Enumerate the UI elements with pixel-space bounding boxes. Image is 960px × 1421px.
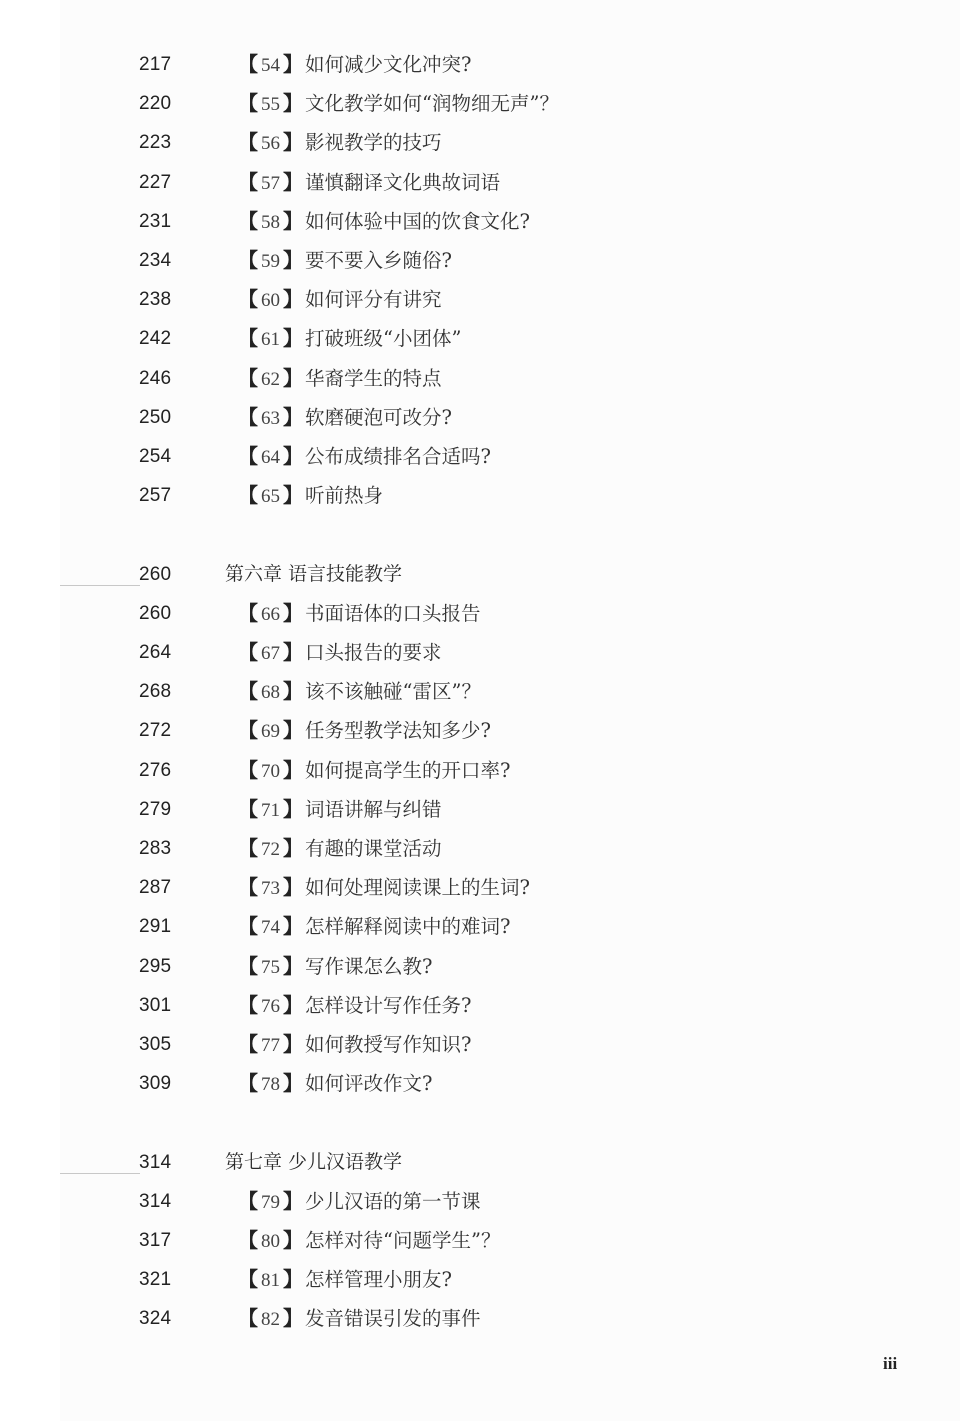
toc-entry[interactable]: 227【57】谨慎翻译文化典故词语 bbox=[0, 163, 960, 202]
entry-text: 【60】如何评分有讲究 bbox=[238, 280, 442, 320]
toc-entry[interactable]: 231【58】如何体验中国的饮食文化? bbox=[0, 202, 960, 241]
toc-entry[interactable]: 279【71】词语讲解与纠错 bbox=[0, 790, 960, 829]
entry-text: 【65】听前热身 bbox=[238, 476, 383, 516]
toc-entry[interactable]: 223【56】影视教学的技巧 bbox=[0, 123, 960, 162]
close-bracket-icon: 】 bbox=[283, 1189, 303, 1213]
entry-title: 怎样对待“问题学生”？ bbox=[305, 1229, 500, 1252]
entry-title: 怎样设计写作任务? bbox=[305, 994, 471, 1017]
entry-title: 要不要入乡随俗? bbox=[305, 249, 452, 272]
close-bracket-icon: 】 bbox=[283, 954, 303, 978]
open-bracket-icon: 【 bbox=[238, 1306, 258, 1330]
open-bracket-icon: 【 bbox=[238, 601, 258, 625]
open-bracket-icon: 【 bbox=[238, 718, 258, 742]
entry-number: 79 bbox=[258, 1192, 283, 1213]
entry-page-number: 314 bbox=[139, 1182, 171, 1221]
entry-title: 该不该触碰“雷区”？ bbox=[305, 680, 481, 703]
toc-entry[interactable]: 254【64】公布成绩排名合适吗? bbox=[0, 437, 960, 476]
toc-entry[interactable]: 305【77】如何教授写作知识? bbox=[0, 1025, 960, 1064]
open-bracket-icon: 【 bbox=[238, 209, 258, 233]
entry-text: 【58】如何体验中国的饮食文化? bbox=[238, 202, 530, 242]
toc-entry[interactable]: 291【74】怎样解释阅读中的难词? bbox=[0, 907, 960, 946]
toc-entry[interactable]: 283【72】有趣的课堂活动 bbox=[0, 829, 960, 868]
entry-page-number: 309 bbox=[139, 1064, 171, 1103]
entry-title: 怎样管理小朋友? bbox=[305, 1268, 452, 1291]
entry-number: 70 bbox=[258, 761, 283, 782]
entry-number: 74 bbox=[258, 917, 283, 938]
entry-number: 54 bbox=[258, 55, 283, 76]
open-bracket-icon: 【 bbox=[238, 1267, 258, 1291]
open-bracket-icon: 【 bbox=[238, 954, 258, 978]
toc-entry[interactable]: 257【65】听前热身 bbox=[0, 476, 960, 515]
entry-title: 怎样解释阅读中的难词? bbox=[305, 915, 510, 938]
entry-text: 【71】词语讲解与纠错 bbox=[238, 790, 442, 830]
close-bracket-icon: 】 bbox=[283, 366, 303, 390]
entry-page-number: 227 bbox=[139, 163, 171, 202]
entry-text: 【66】书面语体的口头报告 bbox=[238, 594, 481, 634]
toc-entry[interactable]: 321【81】怎样管理小朋友? bbox=[0, 1260, 960, 1299]
entry-page-number: 223 bbox=[139, 123, 171, 162]
open-bracket-icon: 【 bbox=[238, 130, 258, 154]
toc-entry[interactable]: 317【80】怎样对待“问题学生”？ bbox=[0, 1221, 960, 1260]
entry-text: 【79】少儿汉语的第一节课 bbox=[238, 1182, 481, 1222]
entry-text: 【56】影视教学的技巧 bbox=[238, 123, 442, 163]
entry-title: 影视教学的技巧 bbox=[305, 131, 442, 154]
entry-page-number: 291 bbox=[139, 907, 171, 946]
open-bracket-icon: 【 bbox=[238, 640, 258, 664]
open-bracket-icon: 【 bbox=[238, 326, 258, 350]
close-bracket-icon: 】 bbox=[283, 287, 303, 311]
entry-page-number: 231 bbox=[139, 202, 171, 241]
entry-title: 打破班级“小团体” bbox=[305, 327, 461, 350]
entry-text: 【63】软磨硬泡可改分? bbox=[238, 398, 452, 438]
entry-number: 72 bbox=[258, 839, 283, 860]
entry-title: 谨慎翻译文化典故词语 bbox=[305, 171, 500, 194]
entry-page-number: 234 bbox=[139, 241, 171, 280]
open-bracket-icon: 【 bbox=[238, 405, 258, 429]
entry-page-number: 217 bbox=[139, 45, 171, 84]
entry-number: 65 bbox=[258, 486, 283, 507]
entry-number: 81 bbox=[258, 1270, 283, 1291]
entry-number: 66 bbox=[258, 604, 283, 625]
entry-page-number: 317 bbox=[139, 1221, 171, 1260]
toc-entry[interactable]: 264【67】口头报告的要求 bbox=[0, 633, 960, 672]
open-bracket-icon: 【 bbox=[238, 444, 258, 468]
open-bracket-icon: 【 bbox=[238, 758, 258, 782]
close-bracket-icon: 】 bbox=[283, 1267, 303, 1291]
open-bracket-icon: 【 bbox=[238, 1071, 258, 1095]
chapter-heading[interactable]: 260第六章 语言技能教学 bbox=[0, 555, 960, 594]
entry-number: 69 bbox=[258, 721, 283, 742]
entry-page-number: 305 bbox=[139, 1025, 171, 1064]
entry-page-number: 272 bbox=[139, 711, 171, 750]
close-bracket-icon: 】 bbox=[283, 444, 303, 468]
entry-page-number: 257 bbox=[139, 476, 171, 515]
close-bracket-icon: 】 bbox=[283, 875, 303, 899]
close-bracket-icon: 】 bbox=[283, 1071, 303, 1095]
close-bracket-icon: 】 bbox=[283, 1032, 303, 1056]
entry-number: 80 bbox=[258, 1231, 283, 1252]
entry-number: 78 bbox=[258, 1074, 283, 1095]
entry-title: 少儿汉语的第一节课 bbox=[305, 1190, 481, 1213]
toc-entry[interactable]: 287【73】如何处理阅读课上的生词? bbox=[0, 868, 960, 907]
close-bracket-icon: 】 bbox=[283, 914, 303, 938]
open-bracket-icon: 【 bbox=[238, 993, 258, 1017]
entry-page-number: 283 bbox=[139, 829, 171, 868]
entry-title: 词语讲解与纠错 bbox=[305, 798, 442, 821]
toc-entry[interactable]: 242【61】打破班级“小团体” bbox=[0, 319, 960, 358]
open-bracket-icon: 【 bbox=[238, 914, 258, 938]
entry-number: 73 bbox=[258, 878, 283, 899]
entry-title: 软磨硬泡可改分? bbox=[305, 406, 452, 429]
entry-text: 【62】华裔学生的特点 bbox=[238, 359, 442, 399]
entry-page-number: 268 bbox=[139, 672, 171, 711]
close-bracket-icon: 】 bbox=[283, 326, 303, 350]
close-bracket-icon: 】 bbox=[283, 483, 303, 507]
close-bracket-icon: 】 bbox=[283, 1306, 303, 1330]
toc-entry[interactable]: 246【62】华裔学生的特点 bbox=[0, 359, 960, 398]
entry-text: 【80】怎样对待“问题学生”？ bbox=[238, 1221, 500, 1261]
open-bracket-icon: 【 bbox=[238, 52, 258, 76]
entry-number: 61 bbox=[258, 329, 283, 350]
toc-entry[interactable]: 234【59】要不要入乡随俗? bbox=[0, 241, 960, 280]
entry-title: 如何处理阅读课上的生词? bbox=[305, 876, 530, 899]
close-bracket-icon: 】 bbox=[283, 640, 303, 664]
entry-text: 【82】发音错误引发的事件 bbox=[238, 1299, 481, 1339]
close-bracket-icon: 】 bbox=[283, 758, 303, 782]
entry-title: 发音错误引发的事件 bbox=[305, 1307, 481, 1330]
entry-title: 有趣的课堂活动 bbox=[305, 837, 442, 860]
toc-entry[interactable]: 268【68】该不该触碰“雷区”？ bbox=[0, 672, 960, 711]
entry-title: 如何提高学生的开口率? bbox=[305, 759, 510, 782]
entry-page-number: 264 bbox=[139, 633, 171, 672]
entry-text: 【68】该不该触碰“雷区”？ bbox=[238, 672, 481, 712]
toc-entry[interactable]: 238【60】如何评分有讲究 bbox=[0, 280, 960, 319]
open-bracket-icon: 【 bbox=[238, 248, 258, 272]
chapter-title: 第六章 语言技能教学 bbox=[225, 555, 402, 594]
entry-title: 公布成绩排名合适吗? bbox=[305, 445, 491, 468]
entry-text: 【77】如何教授写作知识? bbox=[238, 1025, 471, 1065]
entry-title: 听前热身 bbox=[305, 484, 383, 507]
close-bracket-icon: 】 bbox=[283, 130, 303, 154]
entry-text: 【74】怎样解释阅读中的难词? bbox=[238, 907, 510, 947]
entry-number: 75 bbox=[258, 957, 283, 978]
close-bracket-icon: 】 bbox=[283, 170, 303, 194]
entry-text: 【72】有趣的课堂活动 bbox=[238, 829, 442, 869]
entry-number: 64 bbox=[258, 447, 283, 468]
open-bracket-icon: 【 bbox=[238, 836, 258, 860]
entry-page-number: 295 bbox=[139, 947, 171, 986]
open-bracket-icon: 【 bbox=[238, 797, 258, 821]
close-bracket-icon: 】 bbox=[283, 52, 303, 76]
open-bracket-icon: 【 bbox=[238, 170, 258, 194]
open-bracket-icon: 【 bbox=[238, 91, 258, 115]
entry-text: 【69】任务型教学法知多少? bbox=[238, 711, 491, 751]
toc-entry[interactable]: 272【69】任务型教学法知多少? bbox=[0, 711, 960, 750]
entry-title: 写作课怎么教? bbox=[305, 955, 432, 978]
entry-title: 如何评改作文? bbox=[305, 1072, 432, 1095]
entry-page-number: 250 bbox=[139, 398, 171, 437]
entry-title: 书面语体的口头报告 bbox=[305, 602, 481, 625]
open-bracket-icon: 【 bbox=[238, 1189, 258, 1213]
entry-page-number: 287 bbox=[139, 868, 171, 907]
entry-title: 口头报告的要求 bbox=[305, 641, 442, 664]
entry-page-number: 276 bbox=[139, 751, 171, 790]
open-bracket-icon: 【 bbox=[238, 287, 258, 311]
entry-page-number: 260 bbox=[139, 594, 171, 633]
entry-text: 【78】如何评改作文? bbox=[238, 1064, 432, 1104]
entry-number: 62 bbox=[258, 369, 283, 390]
entry-page-number: 242 bbox=[139, 319, 171, 358]
entry-text: 【75】写作课怎么教? bbox=[238, 947, 432, 987]
chapter-page-number: 314 bbox=[139, 1143, 171, 1182]
entry-number: 77 bbox=[258, 1035, 283, 1056]
entry-text: 【55】文化教学如何“润物细无声”？ bbox=[238, 84, 559, 124]
entry-text: 【59】要不要入乡随俗? bbox=[238, 241, 452, 281]
entry-number: 67 bbox=[258, 643, 283, 664]
entry-page-number: 254 bbox=[139, 437, 171, 476]
entry-page-number: 321 bbox=[139, 1260, 171, 1299]
entry-text: 【81】怎样管理小朋友? bbox=[238, 1260, 452, 1300]
toc-entry[interactable]: 314【79】少儿汉语的第一节课 bbox=[0, 1182, 960, 1221]
entry-title: 如何评分有讲究 bbox=[305, 288, 442, 311]
open-bracket-icon: 【 bbox=[238, 1032, 258, 1056]
entry-title: 如何教授写作知识? bbox=[305, 1033, 471, 1056]
entry-page-number: 324 bbox=[139, 1299, 171, 1338]
open-bracket-icon: 【 bbox=[238, 483, 258, 507]
entry-page-number: 220 bbox=[139, 84, 171, 123]
entry-title: 任务型教学法知多少? bbox=[305, 719, 491, 742]
entry-text: 【76】怎样设计写作任务? bbox=[238, 986, 471, 1026]
chapter-page-number: 260 bbox=[139, 555, 171, 594]
open-bracket-icon: 【 bbox=[238, 679, 258, 703]
entry-text: 【73】如何处理阅读课上的生词? bbox=[238, 868, 530, 908]
entry-number: 68 bbox=[258, 682, 283, 703]
open-bracket-icon: 【 bbox=[238, 1228, 258, 1252]
close-bracket-icon: 】 bbox=[283, 993, 303, 1017]
close-bracket-icon: 】 bbox=[283, 679, 303, 703]
entry-number: 82 bbox=[258, 1309, 283, 1330]
entry-title: 文化教学如何“润物细无声”？ bbox=[305, 92, 559, 115]
entry-page-number: 279 bbox=[139, 790, 171, 829]
close-bracket-icon: 】 bbox=[283, 91, 303, 115]
entry-text: 【70】如何提高学生的开口率? bbox=[238, 751, 510, 791]
toc-entry[interactable]: 324【82】发音错误引发的事件 bbox=[0, 1299, 960, 1338]
entry-title: 如何减少文化冲突? bbox=[305, 53, 471, 76]
close-bracket-icon: 】 bbox=[283, 1228, 303, 1252]
toc-entry[interactable]: 276【70】如何提高学生的开口率? bbox=[0, 751, 960, 790]
entry-text: 【57】谨慎翻译文化典故词语 bbox=[238, 163, 500, 203]
toc-entry[interactable]: 295【75】写作课怎么教? bbox=[0, 947, 960, 986]
entry-number: 76 bbox=[258, 996, 283, 1017]
entry-number: 58 bbox=[258, 212, 283, 233]
entry-number: 56 bbox=[258, 133, 283, 154]
entry-title: 如何体验中国的饮食文化? bbox=[305, 210, 530, 233]
chapter-title: 第七章 少儿汉语教学 bbox=[225, 1143, 402, 1182]
toc-entry[interactable]: 309【78】如何评改作文? bbox=[0, 1064, 960, 1103]
entry-number: 59 bbox=[258, 251, 283, 272]
entry-number: 57 bbox=[258, 173, 283, 194]
toc-entry[interactable]: 260【66】书面语体的口头报告 bbox=[0, 594, 960, 633]
close-bracket-icon: 】 bbox=[283, 718, 303, 742]
entry-number: 55 bbox=[258, 94, 283, 115]
open-bracket-icon: 【 bbox=[238, 366, 258, 390]
toc-entry[interactable]: 301【76】怎样设计写作任务? bbox=[0, 986, 960, 1025]
chapter-heading[interactable]: 314第七章 少儿汉语教学 bbox=[0, 1143, 960, 1182]
page-folio: iii bbox=[883, 1354, 897, 1374]
open-bracket-icon: 【 bbox=[238, 875, 258, 899]
entry-number: 71 bbox=[258, 800, 283, 821]
entry-page-number: 238 bbox=[139, 280, 171, 319]
entry-title: 华裔学生的特点 bbox=[305, 367, 442, 390]
close-bracket-icon: 】 bbox=[283, 405, 303, 429]
entry-text: 【54】如何减少文化冲突? bbox=[238, 45, 471, 85]
entry-text: 【67】口头报告的要求 bbox=[238, 633, 442, 673]
close-bracket-icon: 】 bbox=[283, 797, 303, 821]
entry-number: 60 bbox=[258, 290, 283, 311]
entry-page-number: 301 bbox=[139, 986, 171, 1025]
toc-entry[interactable]: 250【63】软磨硬泡可改分? bbox=[0, 398, 960, 437]
entry-text: 【64】公布成绩排名合适吗? bbox=[238, 437, 491, 477]
entry-text: 【61】打破班级“小团体” bbox=[238, 319, 461, 359]
entry-page-number: 246 bbox=[139, 359, 171, 398]
close-bracket-icon: 】 bbox=[283, 248, 303, 272]
close-bracket-icon: 】 bbox=[283, 836, 303, 860]
toc-entry[interactable]: 217【54】如何减少文化冲突? bbox=[0, 45, 960, 84]
close-bracket-icon: 】 bbox=[283, 601, 303, 625]
toc-entry[interactable]: 220【55】文化教学如何“润物细无声”？ bbox=[0, 84, 960, 123]
entry-number: 63 bbox=[258, 408, 283, 429]
close-bracket-icon: 】 bbox=[283, 209, 303, 233]
